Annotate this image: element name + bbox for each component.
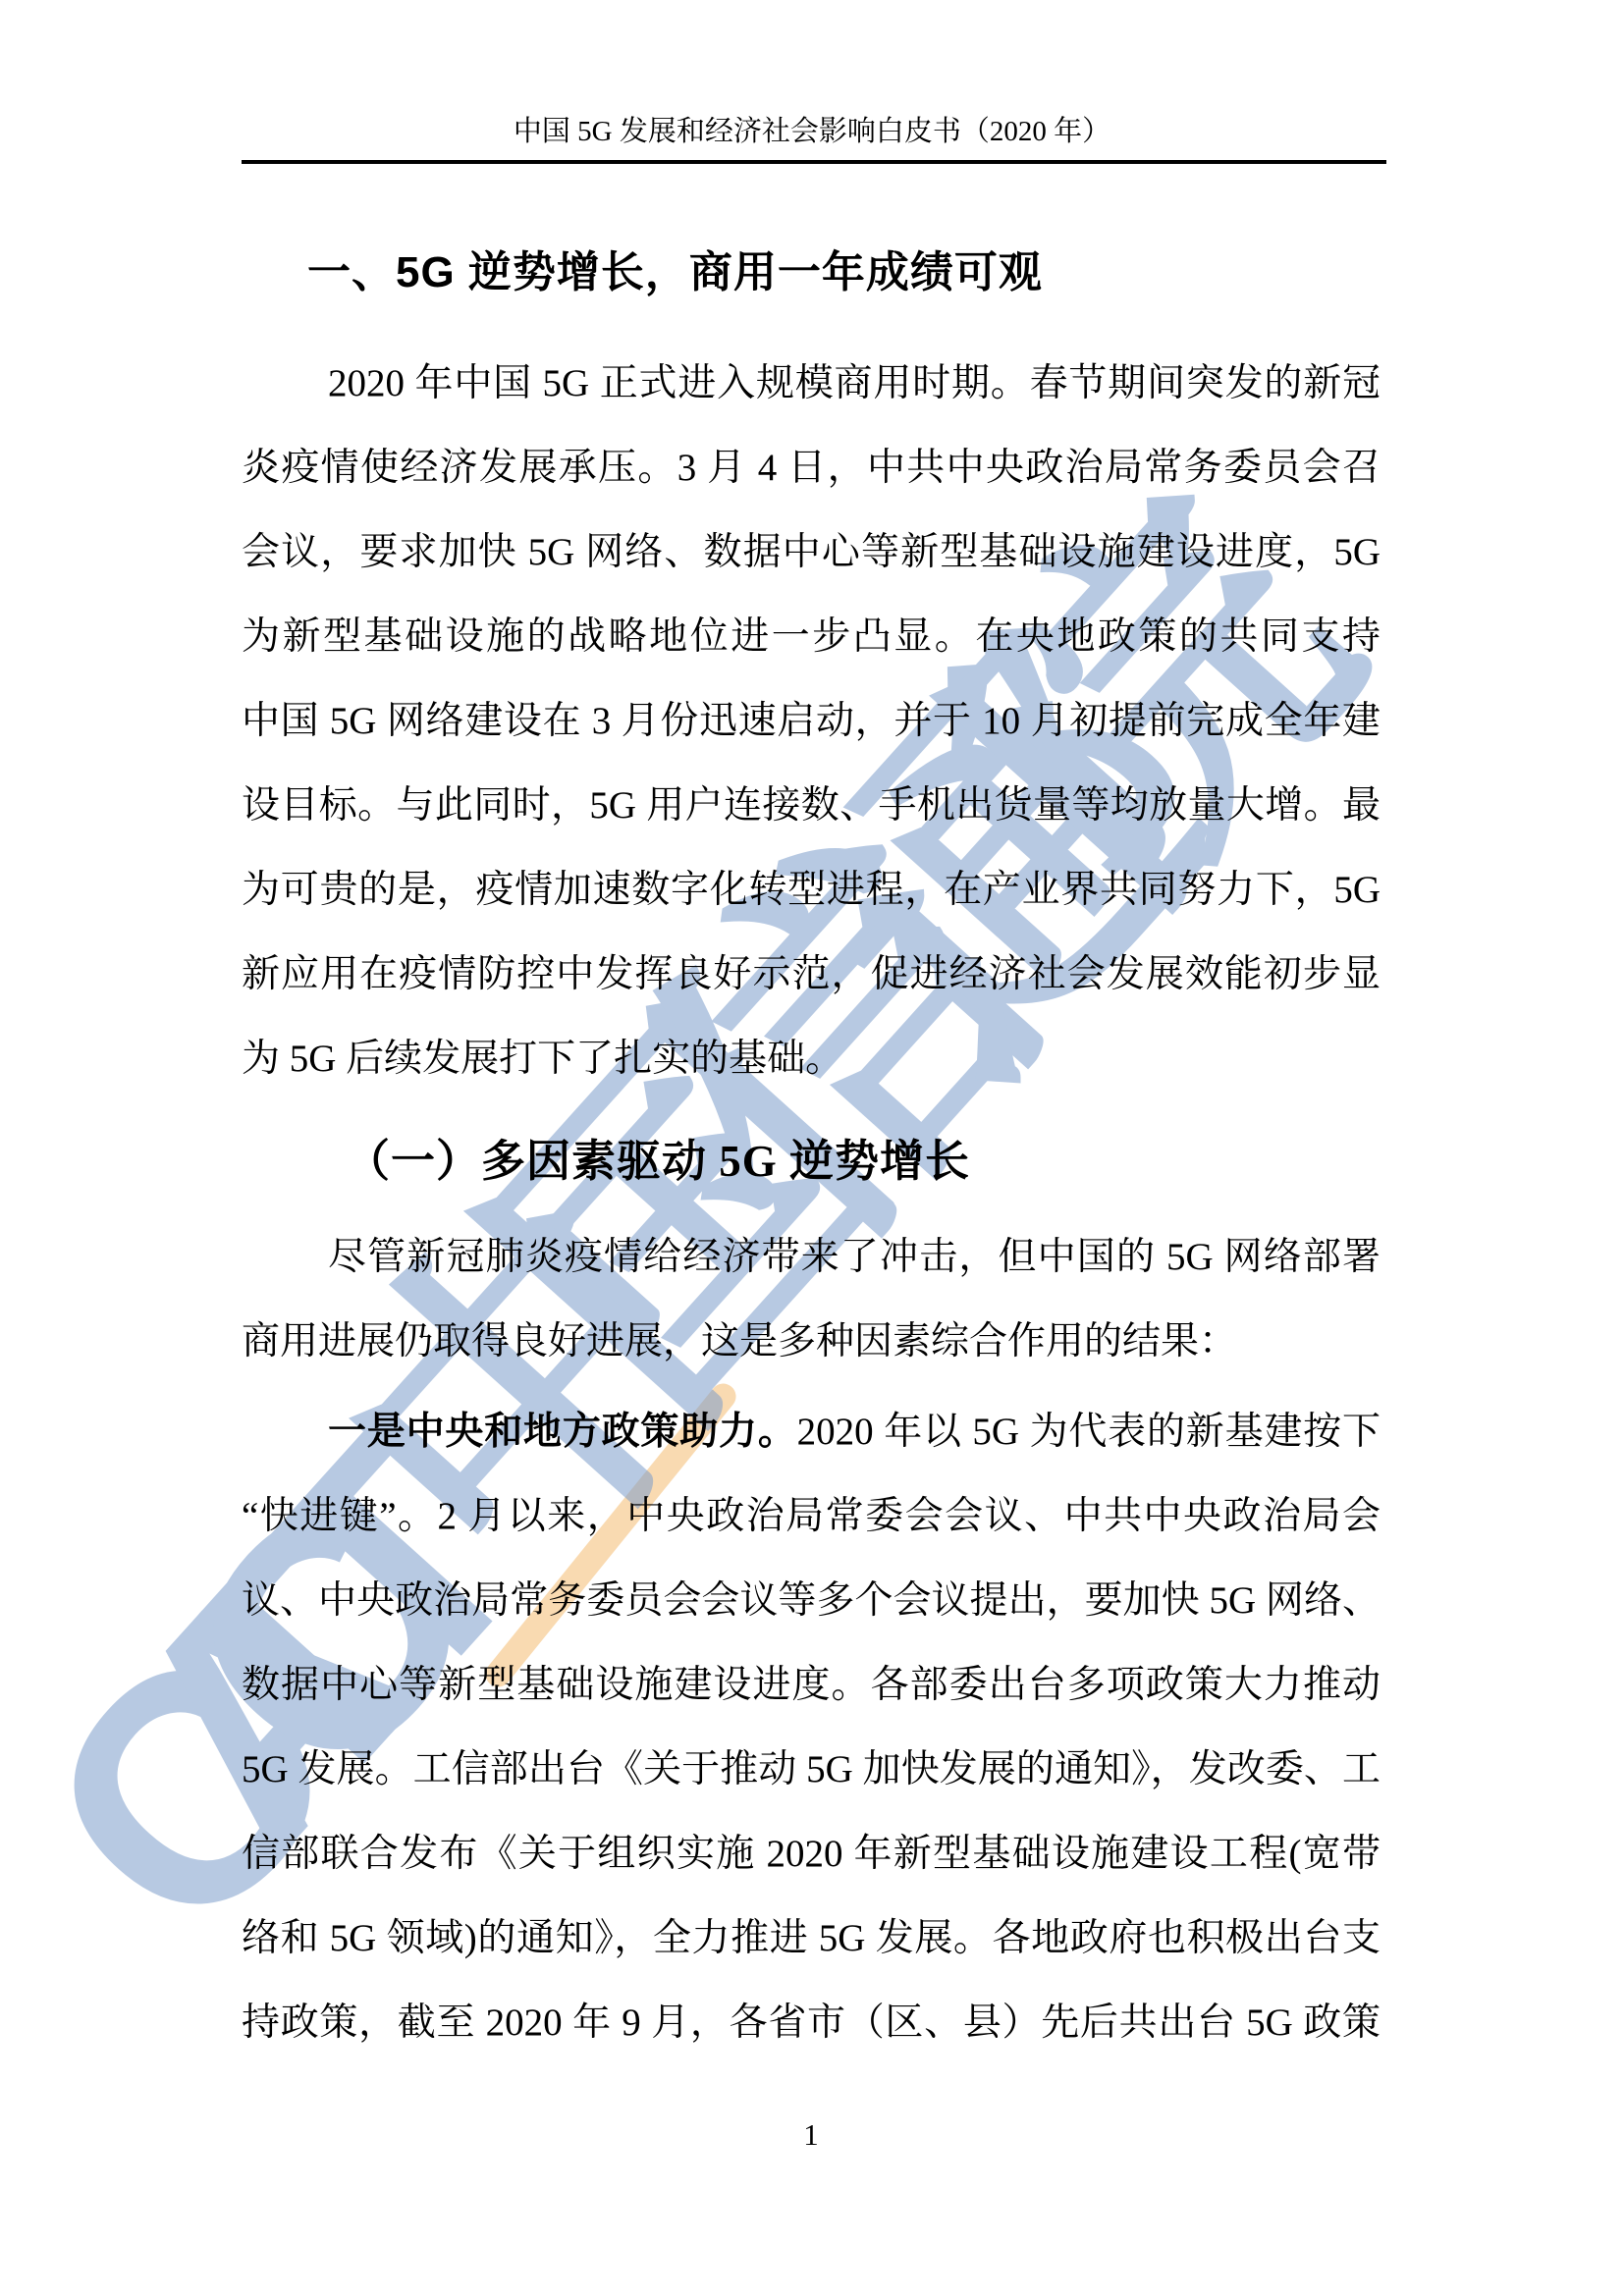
text-line: 议、中央政治局常务委员会会议等多个会议提出，要加快 5G 网络、	[242, 1559, 1380, 1643]
text-line: 数据中心等新型基础设施建设进度。各部委出台多项政策大力推动	[242, 1643, 1380, 1728]
text-line: 5G 发展。工信部出台《关于推动 5G 加快发展的通知》，发改委、工	[242, 1728, 1380, 1812]
text-line: 炎疫情使经济发展承压。3 月 4 日，中共中央政治局常务委员会召开	[242, 426, 1380, 510]
text-line: “快进键”。2 月以来，中央政治局常委会会议、中共中央政治局会	[242, 1474, 1380, 1559]
running-header: 中国 5G 发展和经济社会影响白皮书（2020 年）	[0, 112, 1624, 151]
text-line: 中国 5G 网络建设在 3 月份迅速启动，并于 10 月初提前完成全年建	[242, 679, 1380, 764]
header-rule	[242, 160, 1386, 164]
subsection-heading: （一）多因素驱动 5G 逆势增长	[346, 1134, 970, 1189]
text-line: 尽管新冠肺炎疫情给经济带来了冲击，但中国的 5G 网络部署和	[242, 1215, 1380, 1300]
paragraph: 2020 年中国 5G 正式进入规模商用时期。春节期间突发的新冠肺炎疫情使经济发…	[242, 342, 1380, 1101]
text-line: 2020 年中国 5G 正式进入规模商用时期。春节期间突发的新冠肺	[242, 342, 1380, 426]
text-line: 新应用在疫情防控中发挥良好示范，促进经济社会发展效能初步显现，	[242, 933, 1380, 1017]
document-page: CAICT中国信通院 中国 5G 发展和经济社会影响白皮书（2020 年） 一、…	[0, 0, 1624, 2296]
page-number: 1	[242, 2115, 1380, 2155]
text-line: 会议，要求加快 5G 网络、数据中心等新型基础设施建设进度，5G 作	[242, 510, 1380, 595]
text-line: 信部联合发布《关于组织实施 2020 年新型基础设施建设工程(宽带网	[242, 1812, 1380, 1896]
text-line: 商用进展仍取得良好进展，这是多种因素综合作用的结果：	[242, 1300, 1380, 1384]
paragraph: 一是中央和地方政策助力。2020 年以 5G 为代表的新基建按下“快进键”。2 …	[242, 1390, 1380, 2065]
text-line: 络和 5G 领域)的通知》，全力推进 5G 发展。各地政府也积极出台支	[242, 1896, 1380, 1981]
text-line: 为 5G 后续发展打下了扎实的基础。	[242, 1017, 1380, 1101]
text-line: 为新型基础设施的战略地位进一步凸显。在央地政策的共同支持下，	[242, 595, 1380, 679]
text-line: 为可贵的是，疫情加速数字化转型进程，在产业界共同努力下，5G 创	[242, 848, 1380, 933]
text-line: 持政策，截至 2020 年 9 月，各省市（区、县）先后共出台 5G 政策文	[242, 1981, 1380, 2065]
paragraph: 尽管新冠肺炎疫情给经济带来了冲击，但中国的 5G 网络部署和商用进展仍取得良好进…	[242, 1215, 1380, 1384]
text-line: 一是中央和地方政策助力。2020 年以 5G 为代表的新基建按下	[242, 1390, 1380, 1474]
page-content: 中国 5G 发展和经济社会影响白皮书（2020 年） 一、5G 逆势增长，商用一…	[0, 0, 1624, 2296]
text-line: 设目标。与此同时，5G 用户连接数、手机出货量等均放量大增。最	[242, 764, 1380, 848]
section-heading: 一、5G 逆势增长，商用一年成绩可观	[307, 245, 1043, 300]
